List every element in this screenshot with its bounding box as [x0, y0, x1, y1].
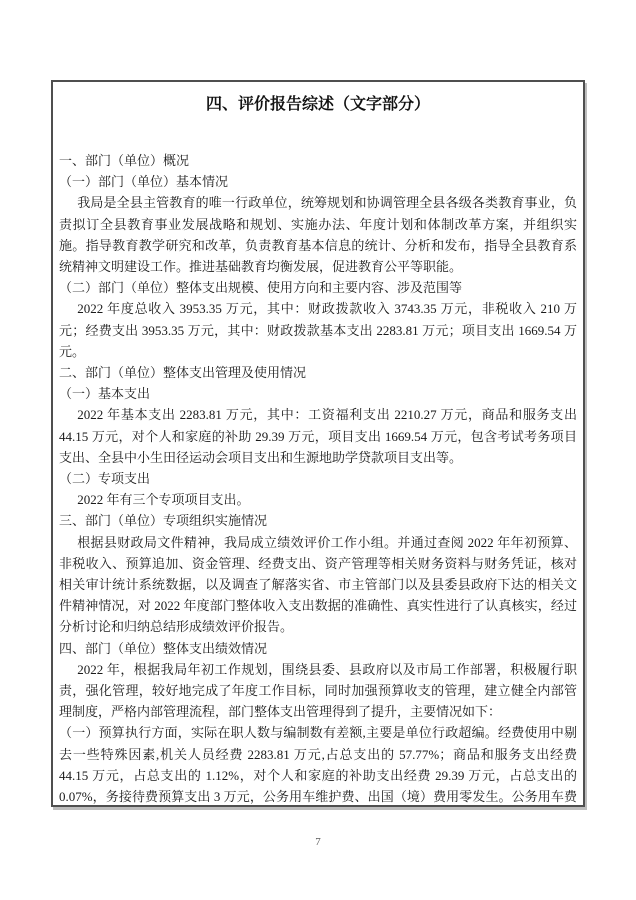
section-heading-2: 二、部门（单位）整体支出管理及使用情况 [59, 362, 577, 383]
subsection-heading-2-1: （一）基本支出 [59, 383, 577, 404]
paragraph-special-expense: 2022 年有三个专项项目支出。 [59, 489, 577, 510]
paragraph-basic-expense: 2022 年基本支出 2283.81 万元，其中：工资福利支出 2210.27 … [59, 404, 577, 468]
subsection-heading-1-1: （一）部门（单位）基本情况 [59, 171, 577, 192]
page-number: 7 [0, 836, 636, 848]
report-content: 一、部门（单位）概况 （一）部门（单位）基本情况 我局是全县主管教育的唯一行政单… [59, 150, 577, 807]
document-page: 四、评价报告综述（文字部分） 一、部门（单位）概况 （一）部门（单位）基本情况 … [0, 0, 636, 900]
section-heading-3: 三、部门（单位）专项组织实施情况 [59, 510, 577, 531]
report-title: 四、评价报告综述（文字部分） [59, 91, 577, 114]
paragraph-implementation: 根据县财政局文件精神，我局成立绩效评价工作小组。并通过查阅 2022 年年初预算… [59, 532, 577, 638]
section-heading-1: 一、部门（单位）概况 [59, 150, 577, 171]
paragraph-income-expense: 2022 年度总收入 3953.35 万元，其中：财政拨款收入 3743.35 … [59, 298, 577, 362]
paragraph-performance-overview: 2022 年，根据我局年初工作规划，围绕县委、县政府以及市局工作部署，积极履行职… [59, 659, 577, 723]
report-border-box: 四、评价报告综述（文字部分） 一、部门（单位）概况 （一）部门（单位）基本情况 … [51, 80, 585, 807]
subsection-heading-2-2: （二）专项支出 [59, 468, 577, 489]
subsection-heading-1-2: （二）部门（单位）整体支出规模、使用方向和主要内容、涉及范围等 [59, 277, 577, 298]
paragraph-basic-overview: 我局是全县主管教育的唯一行政单位，统筹规划和协调管理全县各级各类教育事业，负责拟… [59, 192, 577, 277]
section-heading-4: 四、部门（单位）整体支出绩效情况 [59, 638, 577, 659]
paragraph-budget-execution: （一）预算执行方面，实际在职人数与编制数有差额,主要是单位行政超编。经费使用中剔… [59, 722, 577, 807]
